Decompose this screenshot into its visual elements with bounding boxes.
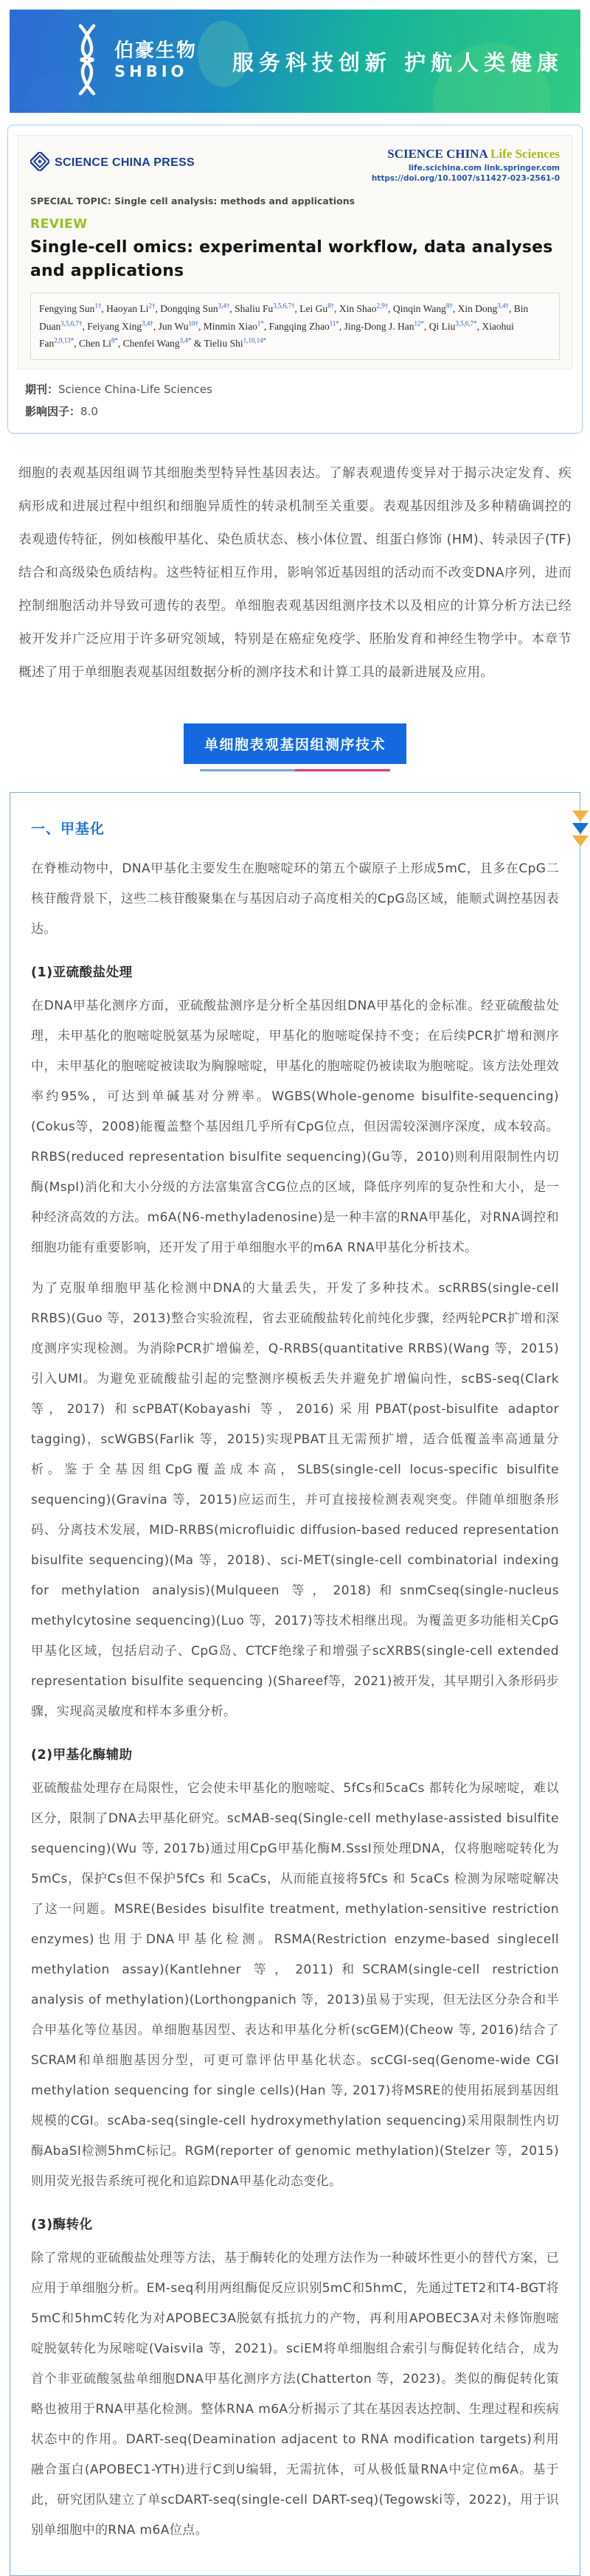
triangle-down-icon (572, 810, 589, 822)
triangle-down-icon (572, 823, 589, 834)
journal-row: 期刊：Science China-Life Sciences (25, 378, 565, 400)
impact-factor-label: 影响因子： (25, 405, 80, 418)
brand-name-en: SHBIO (114, 63, 197, 81)
press-name: SCIENCE CHINA PRESS (55, 156, 195, 170)
body-paragraph: 为了克服单细胞甲基化检测中DNA的大量丢失，开发了多种技术。scRRBS(sin… (31, 1274, 559, 1727)
paper-citation-card: SCIENCE CHINA PRESS SCIENCE CHINA Life S… (7, 125, 583, 434)
journal-label: 期刊： (25, 383, 58, 396)
special-topic-line: SPECIAL TOPIC: Single cell analysis: met… (30, 195, 560, 206)
section-button-underline (200, 769, 390, 771)
journal-name: SCIENCE CHINA (387, 147, 487, 161)
brand-name: 伯豪生物 SHBIO (114, 41, 197, 81)
subsection-heading-bisulfite: (1)亚硫酸盐处理 (31, 962, 559, 981)
doi-link[interactable]: https://doi.org/10.1007/s11427-023-2561-… (372, 173, 560, 184)
impact-factor-row: 影响因子：8.0 (25, 400, 565, 423)
body-paragraph: 在DNA甲基化测序方面，亚硫酸盐测序是分析全基因组DNA甲基化的金标准。经亚硫酸… (31, 991, 559, 1263)
body-paragraph: 除了常规的亚硫酸盐处理等方法，基于酶转化的处理方法作为一种破坏性更小的替代方案，… (31, 2243, 559, 2546)
section-title-button[interactable]: 单细胞表观基因组测序技术 (184, 723, 406, 764)
brand-banner: 伯豪生物 SHBIO 服务科技创新 护航人类健康 (10, 10, 580, 113)
review-label: REVIEW (30, 217, 560, 232)
journal-page-scan: SCIENCE CHINA PRESS SCIENCE CHINA Life S… (18, 135, 572, 369)
triangle-down-icons (572, 810, 589, 847)
impact-factor-value: 8.0 (80, 405, 98, 418)
subsection-heading-methylase: (2)甲基化酶辅助 (31, 1745, 559, 1763)
diamond-logo-icon (30, 152, 49, 174)
science-china-press: SCIENCE CHINA PRESS (30, 152, 195, 174)
paper-title: Single-cell omics: experimental workflow… (30, 236, 560, 283)
journal-links: life.scichina.com link.springer.com (372, 163, 560, 173)
brand-name-cn: 伯豪生物 (114, 41, 197, 63)
journal-value: Science China-Life Sciences (58, 383, 212, 396)
body-paragraph: 亚硫酸盐处理存在局限性，它会使未甲基化的胞嘧啶、5fCs和5caCs 都转化为尿… (31, 1774, 559, 2197)
triangle-down-icon (572, 836, 589, 847)
subsection-heading-enzymatic: (3)酶转化 (31, 2215, 559, 2233)
section-heading-methylation: 一、甲基化 (31, 818, 559, 838)
journal-series: Life Sciences (490, 147, 560, 161)
journal-masthead: SCIENCE CHINA Life Sciences (372, 146, 560, 163)
underline-right-segment (295, 769, 390, 771)
intro-paragraph: 细胞的表观基因组调节其细胞类型特异性基因表达。了解表观遗传变异对于揭示决定发育、… (18, 457, 572, 690)
lead-paragraph: 在脊椎动物中，DNA甲基化主要发生在胞嘧啶环的第五个碳原子上形成5mC，且多在C… (31, 854, 559, 945)
dna-helix-icon (70, 24, 104, 98)
underline-left-segment (200, 769, 295, 771)
brand-slogan: 服务科技创新 护航人类健康 (232, 46, 563, 77)
article-content-box: 一、甲基化 在脊椎动物中，DNA甲基化主要发生在胞嘧啶环的第五个碳原子上形成5m… (10, 792, 580, 2576)
authors-list: Fengying Sun1†, Haoyan Li2†, Dongqing Su… (30, 293, 560, 360)
